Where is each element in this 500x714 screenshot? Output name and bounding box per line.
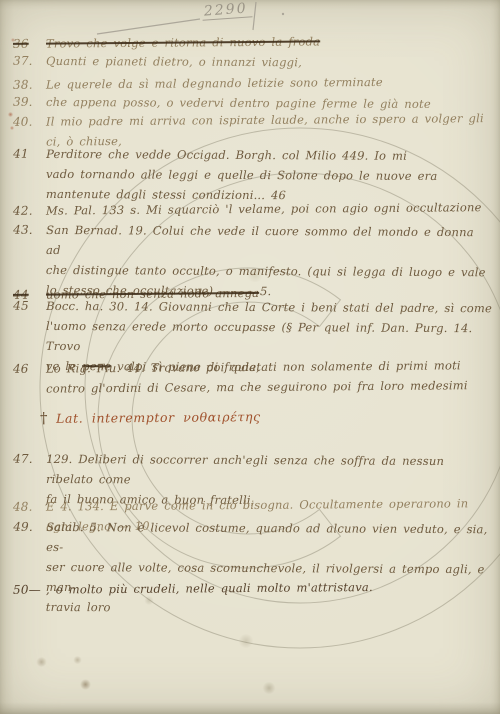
entry-line: vado tornando alle leggi e quelle di Sol… (46, 164, 493, 186)
entry-line: che distingue tanto occulto, o manifesto… (46, 260, 493, 282)
entry-line: Trovo che volge e ritorna di nuovo la fr… (46, 30, 493, 54)
dagger-mark-icon: † (40, 409, 48, 427)
entry-number: 39. (13, 92, 45, 112)
entry-number: 47. (13, 449, 45, 469)
entry-line: Ms. Pal. 133 s. Mi squarciò 'l velame, p… (46, 197, 493, 221)
entry-line: , o molto più crudeli, nelle quali molto… (46, 576, 493, 600)
entry-line: Quanti e pianeti dietro, o innanzi viagg… (46, 51, 493, 73)
entry-row: 50—, o molto più crudeli, nelle quali mo… (0, 576, 496, 600)
red-annotation: †Lat. interemptor νοθαιρέτης (40, 407, 261, 427)
entry-number: 46 (13, 359, 45, 379)
entry-row: 46Lo Rig. Fiu. 44. Trovano poi quietati … (0, 355, 496, 399)
entry-line: travia loro (46, 597, 493, 619)
entry-number: 49. (13, 517, 45, 537)
entry-number: 45 (13, 296, 45, 316)
entry-number: 37. (13, 51, 45, 71)
entry-row: 42.Ms. Pal. 133 s. Mi squarciò 'l velame… (0, 197, 496, 221)
entry-line: Le querele da sì mal degnando letizie so… (46, 71, 493, 95)
manuscript-page: 2290 36Trovo che volge e ritorna di nuov… (0, 0, 500, 714)
entry-row: 49.Salab. 5. Non è licevol costume, quan… (0, 517, 496, 620)
entry-number: 40. (13, 112, 45, 132)
entries: 36Trovo che volge e ritorna di nuovo la … (0, 0, 500, 714)
entry-number: 42. (13, 201, 45, 221)
entry-row: 37.Quanti e pianeti dietro, o innanzi vi… (0, 51, 496, 74)
entry-line: Bocc. ha. 30. 14. Giovanni che la Corte … (46, 296, 493, 318)
entry-number: 43. (13, 220, 45, 240)
entry-line: San Bernad. 19. Colui che vede il cuore … (46, 220, 493, 262)
entry-line: Perditore che vedde Occigad. Borgh. col … (46, 144, 493, 166)
entry-line: Il mio padre mi arriva con ispirate laud… (46, 108, 493, 132)
entry-line: l'uomo senza erede morto occupasse (§ Pe… (46, 316, 493, 358)
entry-number: 48. (13, 497, 45, 517)
entry-line: Salab. 5. Non è licevol costume, quando … (46, 517, 493, 559)
entry-line: 129. Deliberi di soccorrer anch'egli sen… (46, 449, 493, 491)
entry-line: contro gl'ordini di Cesare, ma che segui… (46, 375, 493, 399)
entry-number: 41 (13, 144, 45, 164)
entry-number: 50— (13, 580, 45, 600)
red-annotation-text: Lat. interemptor νοθαιρέτης (56, 409, 261, 426)
